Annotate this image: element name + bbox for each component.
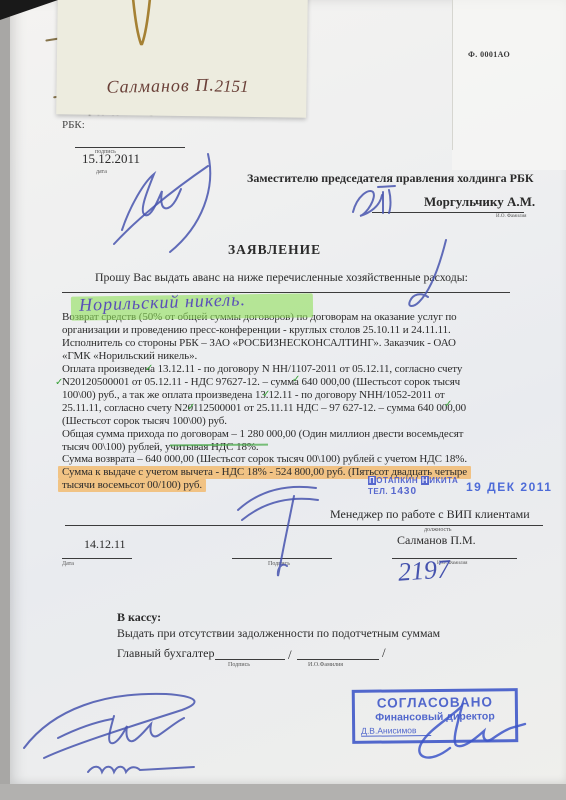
- position-title: Менеджер по работе с ВИП клиентами: [330, 507, 530, 522]
- check-mark-icon: ✓: [292, 374, 300, 385]
- check-mark-icon: ✓: [187, 402, 195, 413]
- accountant-sign-rule: [215, 659, 285, 660]
- accountant-label: Главный бухгалтер: [117, 646, 214, 661]
- accountant-name-label: И.О.Фамилия: [308, 662, 343, 668]
- stamp-name-part: ОТАПКИН: [376, 476, 421, 485]
- date-rule: [62, 558, 132, 559]
- sticky-note-handwriting: Салманов П.: [106, 75, 215, 98]
- slash-separator: /: [288, 647, 292, 663]
- approval-line-2: РБК:: [62, 119, 85, 131]
- paper-bright-area: [452, 0, 566, 170]
- body-line: Оплата произведена 13.12.11 - по договор…: [62, 363, 462, 376]
- bottom-scribble-signature: [82, 756, 207, 782]
- body-paragraph: Возврат средств (50% от общей суммы дого…: [62, 311, 471, 492]
- stamp-name-part: ИКИТА: [429, 476, 458, 485]
- body-line-highlighted: тысячи восемьсот 00/100) руб.: [58, 479, 206, 492]
- addressee-signature: [345, 182, 400, 222]
- body-line: N20120500001 от 05.12.11 - НДС 97627-12.…: [62, 376, 460, 389]
- employee-name-stamp: ПОТАПКИН НИКИТА ТЕЛ. 1430: [368, 476, 458, 497]
- document-title: ЗАЯВЛЕНИЕ: [228, 242, 321, 258]
- stamp-initial: П: [368, 476, 376, 485]
- body-line: тысяч 00\100) рублей, учитывая НДС 18%.: [62, 441, 259, 454]
- date-label: Дата: [62, 561, 74, 567]
- check-mark-icon: ✓: [262, 389, 270, 400]
- addressee-name-label: И.О. Фамилия: [496, 214, 526, 219]
- stamp-tel-number: 1430: [391, 486, 417, 497]
- date-stamp: 19 ДЕК 2011: [466, 480, 552, 494]
- body-line: Сумма возврата – 640 000,00 (Шестьсот со…: [62, 453, 467, 466]
- manager-signature: [232, 478, 324, 582]
- date-label: дата: [96, 169, 107, 175]
- stamp-initial: Н: [421, 476, 429, 485]
- body-line: Общая сумма прихода по договорам – 1 280…: [62, 428, 463, 441]
- body-line: организации и проведению пресс-конференц…: [62, 324, 451, 337]
- sticky-note-number: 2151: [214, 76, 248, 96]
- check-mark-icon: ✓: [444, 399, 452, 410]
- signer-name: Салманов П.М.: [397, 533, 476, 548]
- accountant-name-rule: [297, 659, 379, 660]
- check-mark-icon: ✓: [145, 363, 153, 374]
- form-code: Ф. 0001АО: [468, 50, 510, 59]
- cashier-text: Выдать при отсутствии задолженности по п…: [117, 626, 440, 641]
- stamp-tel-label: ТЕЛ.: [368, 487, 391, 496]
- sticky-note: Салманов П. 2151: [56, 0, 308, 118]
- paperclip-icon: [128, 0, 158, 50]
- approval-signature: [108, 146, 228, 258]
- accountant-sign-label: Подпись: [228, 662, 250, 668]
- body-line: «ГМК «Норильский никель».: [62, 350, 197, 363]
- cashier-header: В кассу:: [117, 610, 161, 625]
- director-signature: [392, 696, 532, 766]
- body-line: 100\00) руб., а так же оплата произведен…: [62, 389, 445, 402]
- check-mark-icon: ✓: [55, 377, 63, 388]
- addressee-name: Моргульчику А.М.: [424, 194, 535, 210]
- scanner-bed-edge: [0, 784, 566, 800]
- sign-date: 14.12.11: [84, 537, 126, 552]
- body-line: 25.11.11, согласно счету N20112500001 от…: [62, 402, 466, 415]
- stray-signature: [404, 236, 452, 314]
- body-line: Исполнитель со стороны РБК – ЗАО «РОСБИЗ…: [62, 337, 456, 350]
- slash-separator: /: [382, 645, 386, 661]
- body-line: (Шестьсот сорок тысяч 100\00) руб.: [62, 415, 227, 428]
- handwritten-number: 2197: [397, 554, 451, 588]
- paper-fold-line: [452, 0, 453, 150]
